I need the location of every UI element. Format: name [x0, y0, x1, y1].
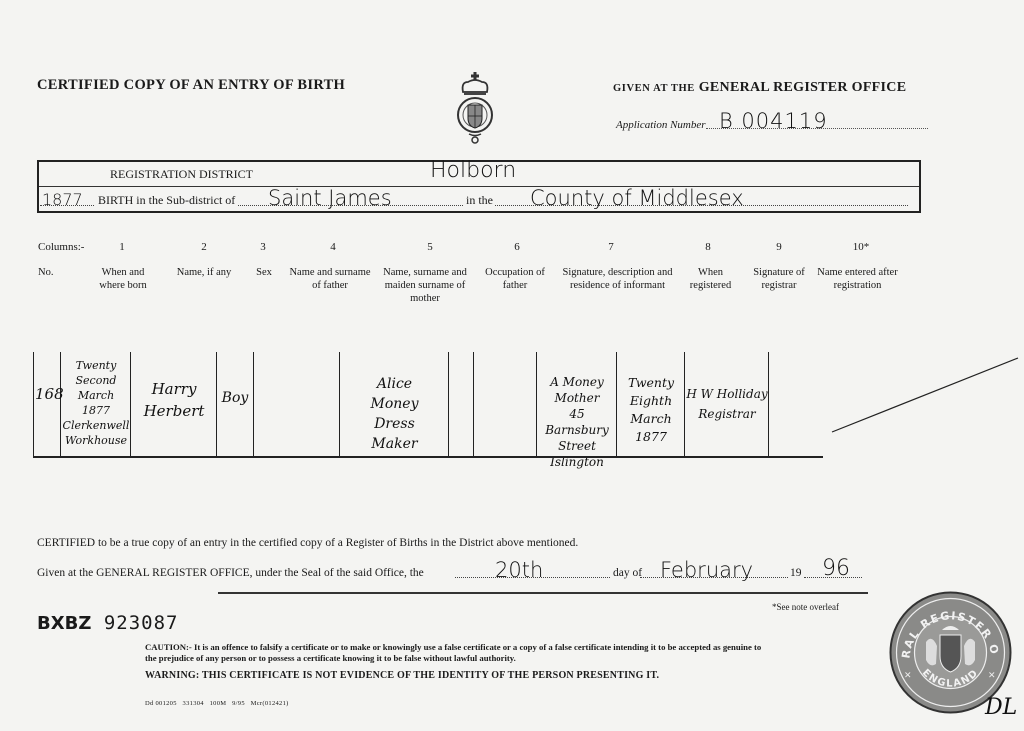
office-name: GENERAL REGISTER OFFICE	[699, 80, 907, 95]
entry-mother: Alice Money Dress Maker	[341, 374, 448, 454]
column-number: 2	[189, 241, 219, 253]
application-number-label: Application Number	[616, 119, 706, 131]
day-of-label: day of	[613, 567, 642, 579]
entry-number: 168	[35, 386, 59, 402]
certification-year: 96	[822, 556, 850, 581]
county-label: in the	[466, 193, 493, 208]
certificate-serial: BXBZ 923087	[37, 612, 178, 634]
given-at-statement: Given at the GENERAL REGISTER OFFICE, un…	[37, 567, 424, 579]
column-header-name-after-registration: Name entered after registration	[815, 266, 900, 292]
registration-district-value: Holborn	[430, 158, 516, 183]
entry-when-registered: Twenty Eighth March 1877	[618, 374, 684, 446]
birth-year: 1877	[42, 190, 83, 209]
certificate-title: CERTIFIED COPY OF AN ENTRY OF BIRTH	[37, 77, 345, 94]
see-note-overleaf: *See note overleaf	[772, 602, 839, 612]
column-header-father: Name and surname of father	[285, 266, 375, 292]
application-number-value: B 004119	[719, 109, 828, 133]
svg-text:✕: ✕	[904, 670, 912, 680]
column-header-name: Name, if any	[165, 266, 243, 279]
certification-century: 19	[790, 567, 802, 579]
column-number: 4	[318, 241, 348, 253]
column-header-when-where-born: When and where born	[92, 266, 154, 292]
registration-district-label: REGISTRATION DISTRICT	[110, 167, 253, 182]
certified-statement: CERTIFIED to be a true copy of an entry …	[37, 537, 578, 549]
certification-month: February	[660, 558, 753, 582]
entry-child-name: Harry Herbert	[132, 378, 216, 422]
column-number: 9	[764, 241, 794, 253]
certification-day: 20th	[495, 558, 543, 582]
royal-crest-icon	[455, 70, 495, 152]
column-number: 3	[248, 241, 278, 253]
column-header-mother: Name, surname and maiden surname of moth…	[375, 266, 475, 305]
print-code: Dd 001205 331304 100M 9/95 Mcr(012421)	[145, 700, 289, 707]
column-header-informant: Signature, description and residence of …	[555, 266, 680, 292]
column-number: 10*	[846, 241, 876, 253]
sub-district-value: Saint James	[268, 186, 392, 210]
column-number: 6	[502, 241, 532, 253]
column-number: 8	[693, 241, 723, 253]
column-header-sex: Sex	[250, 266, 278, 279]
column-header-no: No.	[38, 266, 53, 279]
column-number: 5	[415, 241, 445, 253]
entry-sex: Boy	[217, 390, 253, 406]
column-number: 1	[107, 241, 137, 253]
entry-when-where-born: Twenty Second March 1877 Clerkenwell Wor…	[62, 358, 130, 448]
birth-entry-row: 168 Twenty Second March 1877 Clerkenwell…	[33, 352, 808, 458]
given-at-office: GIVEN AT THE GENERAL REGISTER OFFICE	[613, 80, 906, 96]
application-number-field: Application Number B 004119	[616, 111, 928, 133]
column-header-when-registered: When registered	[683, 266, 738, 292]
sub-district-label: BIRTH in the Sub-district of	[98, 193, 235, 208]
column-header-registrar: Signature of registrar	[748, 266, 810, 292]
column-header-father-occupation: Occupation of father	[480, 266, 550, 292]
county-value: County of Middlesex	[530, 186, 744, 210]
svg-text:✕: ✕	[988, 670, 996, 680]
entry-registrar-signature: H W Holliday Registrar	[686, 384, 768, 424]
column-number: 7	[596, 241, 626, 253]
strike-through-line	[820, 356, 1020, 436]
caution-notice: CAUTION:- It is an offence to falsify a …	[145, 642, 765, 664]
officer-initials: DL	[985, 695, 1017, 720]
warning-notice: WARNING: THIS CERTIFICATE IS NOT EVIDENC…	[145, 670, 659, 681]
columns-label: Columns:-	[38, 241, 84, 253]
